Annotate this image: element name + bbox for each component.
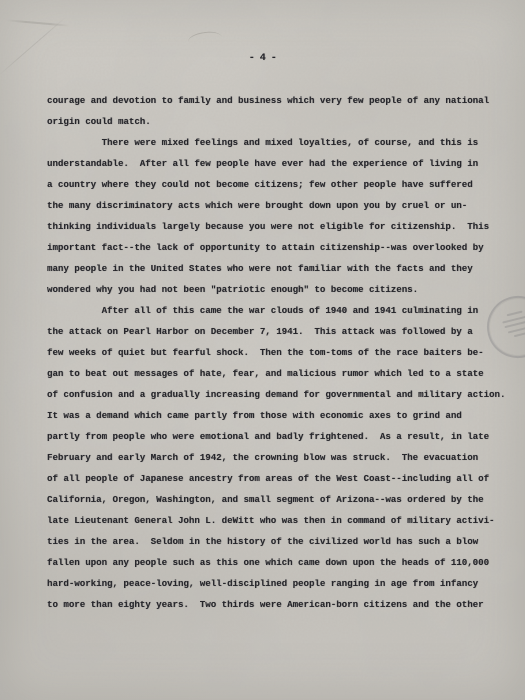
text-line: courage and devotion to family and busin…: [47, 90, 512, 111]
text-line: the many discriminatory acts which were …: [47, 195, 512, 216]
text-line: important fact--the lack of opportunity …: [47, 237, 512, 258]
text-line: gan to beat out messages of hate, fear, …: [47, 363, 512, 384]
text-line: of confusion and a gradually increasing …: [47, 384, 512, 405]
text-line: many people in the United States who wer…: [47, 258, 512, 279]
paper-crease: [6, 19, 70, 26]
text-line: the attack on Pearl Harbor on December 7…: [47, 321, 512, 342]
text-line: to more than eighty years. Two thirds we…: [47, 594, 512, 615]
paper-crease: [0, 16, 67, 77]
text-line: origin could match.: [47, 111, 512, 132]
text-line: After all of this came the war clouds of…: [47, 300, 512, 321]
text-line: There were mixed feelings and mixed loya…: [47, 132, 512, 153]
text-line: It was a demand which came partly from t…: [47, 405, 512, 426]
text-line: a country where they could not become ci…: [47, 174, 512, 195]
document-page: - 4 - courage and devotion to family and…: [0, 0, 525, 700]
paper-crease: [187, 30, 223, 50]
text-line: California, Oregon, Washington, and smal…: [47, 489, 512, 510]
text-line: thinking individuals largely because you…: [47, 216, 512, 237]
text-line: hard-working, peace-loving, well-discipl…: [47, 573, 512, 594]
text-line: of all people of Japanese ancestry from …: [47, 468, 512, 489]
document-body: courage and devotion to family and busin…: [47, 90, 512, 615]
page-number: - 4 -: [0, 53, 525, 64]
text-line: late Lieutenant General John L. deWitt w…: [47, 510, 512, 531]
text-line: few weeks of quiet but fearful shock. Th…: [47, 342, 512, 363]
text-line: fallen upon any people such as this one …: [47, 552, 512, 573]
text-line: ties in the area. Seldom in the history …: [47, 531, 512, 552]
text-line: understandable. After all few people hav…: [47, 153, 512, 174]
text-line: partly from people who were emotional an…: [47, 426, 512, 447]
stamp-illegible-text: [514, 332, 525, 337]
text-line: February and early March of 1942, the cr…: [47, 447, 512, 468]
text-line: wondered why you had not been "patriotic…: [47, 279, 512, 300]
